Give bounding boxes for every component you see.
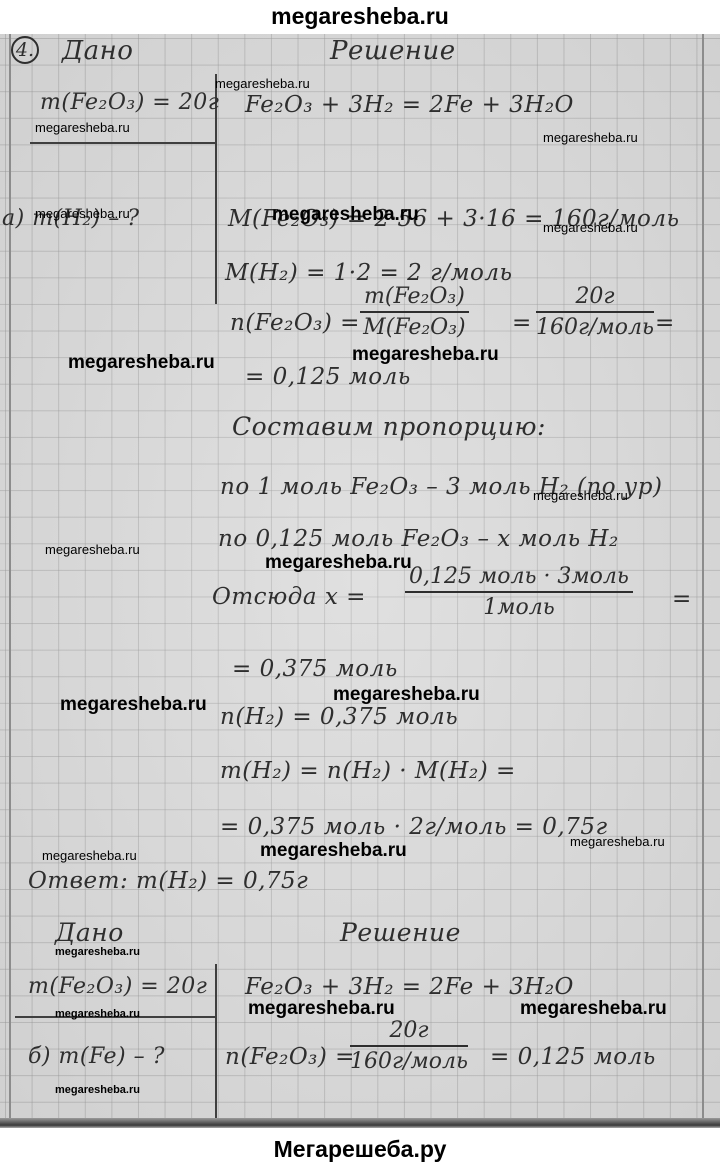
watermark: megaresheba.ru	[520, 998, 667, 1020]
fraction-numerator: m(Fe₂O₃)	[360, 284, 469, 313]
x-result: = 0,375 моль	[232, 656, 398, 682]
fraction-denominator: 160г/моль	[536, 313, 654, 340]
fraction-denominator: M(Fe₂O₃)	[360, 313, 469, 340]
equals-sign: =	[512, 310, 532, 336]
given-mass-fe2o3: m(Fe₂O₃) = 20г	[40, 90, 219, 115]
given-divider-vertical-b	[215, 964, 217, 1120]
watermark: megaresheba.ru	[533, 488, 628, 503]
problem-number: 4.	[11, 36, 39, 64]
fraction-denominator: 1моль	[405, 593, 633, 620]
given-divider-horizontal	[30, 142, 215, 144]
answer-part-a: Ответ: m(H₂) = 0,75г	[28, 868, 308, 894]
watermark: megaresheba.ru	[42, 848, 137, 863]
find-mass-fe: б) m(Fe) – ?	[28, 1044, 165, 1069]
x-fraction: 0,125 моль · 3моль 1моль	[405, 564, 633, 620]
watermark: megaresheba.ru	[333, 684, 480, 706]
proportion-line-2: по 0,125 моль Fe₂O₃ – x моль H₂	[218, 526, 619, 552]
solution-heading-b: Решение	[340, 918, 461, 947]
watermark: megaresheba.ru	[352, 344, 499, 366]
reaction-equation-b: Fe₂O₃ + 3H₂ = 2Fe + 3H₂O	[245, 974, 574, 1000]
watermark: megaresheba.ru	[55, 946, 140, 958]
watermark: megaresheba.ru	[215, 76, 310, 91]
n-h2: n(H₂) = 0,375 моль	[220, 704, 458, 730]
n-fe2o3-result: = 0,125 моль	[245, 364, 411, 390]
right-margin-line	[702, 34, 704, 1120]
equals-sign-x: =	[672, 586, 692, 612]
fraction-numerator: 0,125 моль · 3моль	[405, 564, 633, 593]
given-mass-fe2o3-b: m(Fe₂O₃) = 20г	[28, 974, 207, 999]
fraction-numerator: 20г	[350, 1018, 468, 1047]
watermark: megaresheba.ru	[45, 542, 140, 557]
given-heading-b: Дано	[55, 918, 124, 947]
left-margin-line	[9, 34, 11, 1120]
fraction-denominator: 160г/моль	[350, 1047, 468, 1074]
n-fe2o3-lhs-b: n(Fe₂O₃) =	[225, 1044, 355, 1070]
reaction-equation: Fe₂O₃ + 3H₂ = 2Fe + 3H₂O	[245, 92, 574, 118]
watermark: megaresheba.ru	[272, 204, 419, 226]
given-heading: Дано	[62, 36, 133, 66]
watermark: megaresheba.ru	[265, 552, 412, 574]
molar-mass-h2: M(H₂) = 1·2 = 2 г/моль	[225, 260, 513, 286]
equals-sign-trailing: =	[655, 310, 675, 336]
solution-heading: Решение	[330, 36, 456, 66]
notebook-page: 4. Дано Решение m(Fe₂O₃) = 20г а) m(H₂) …	[0, 34, 720, 1120]
watermark: megaresheba.ru	[543, 130, 638, 145]
n-fe2o3-value-fraction: 20г 160г/моль	[536, 284, 654, 340]
n-fe2o3-result-b: = 0,125 моль	[490, 1044, 656, 1070]
watermark: megaresheba.ru	[60, 694, 207, 716]
m-h2-formula: m(H₂) = n(H₂) · M(H₂) =	[220, 758, 516, 784]
watermark: megaresheba.ru	[35, 206, 130, 221]
site-footer-title: Мегарешеба.ру	[0, 1128, 720, 1167]
n-fe2o3-fraction: m(Fe₂O₃) M(Fe₂O₃)	[360, 284, 469, 340]
watermark: megaresheba.ru	[55, 1008, 140, 1020]
watermark: megaresheba.ru	[543, 220, 638, 235]
watermark: megaresheba.ru	[35, 120, 130, 135]
m-h2-calc: = 0,375 моль · 2г/моль = 0,75г	[220, 814, 608, 840]
watermark: megaresheba.ru	[68, 352, 215, 374]
site-header-title: megaresheba.ru	[0, 0, 720, 34]
watermark: megaresheba.ru	[55, 1084, 140, 1096]
watermark: megaresheba.ru	[248, 998, 395, 1020]
x-lhs: Отсюда x =	[212, 584, 366, 610]
n-fe2o3-lhs: n(Fe₂O₃) =	[230, 310, 360, 336]
n-fe2o3-fraction-b: 20г 160г/моль	[350, 1018, 468, 1074]
proportion-heading: Составим пропорцию:	[232, 412, 546, 441]
fraction-numerator: 20г	[536, 284, 654, 313]
watermark: megaresheba.ru	[260, 840, 407, 862]
watermark: megaresheba.ru	[570, 834, 665, 849]
